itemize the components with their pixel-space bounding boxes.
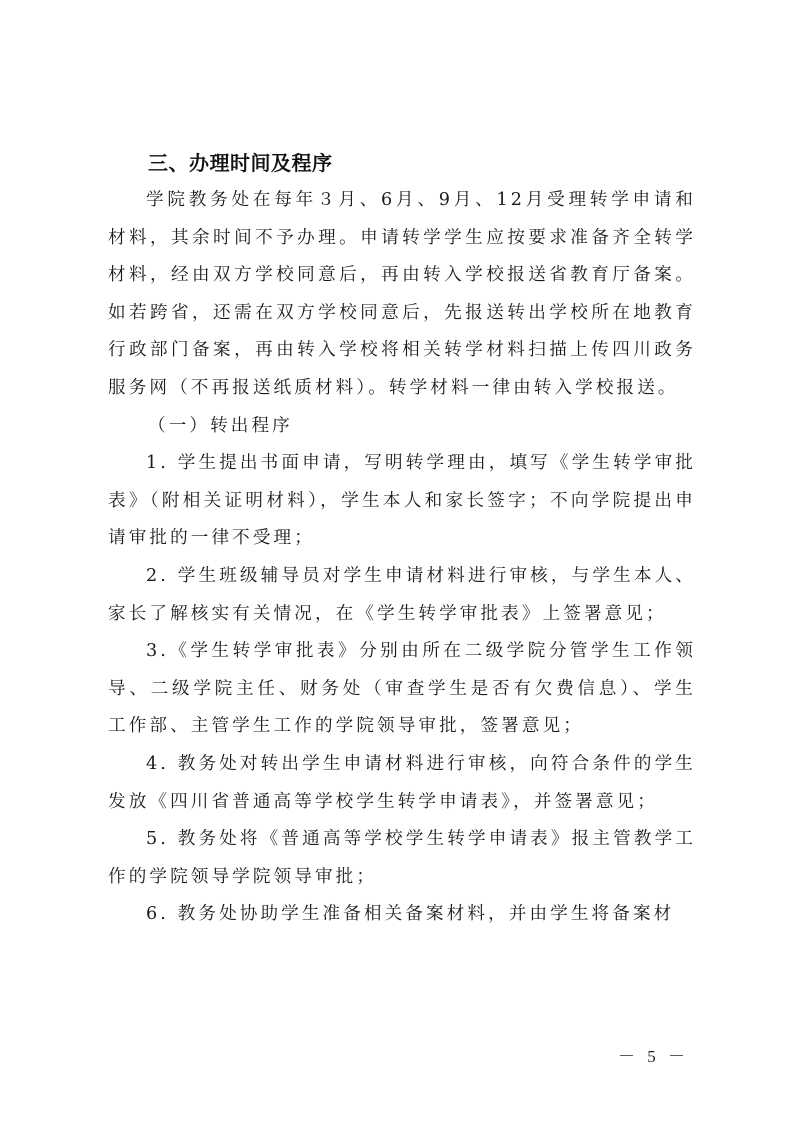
step-3: 3.《学生转学审批表》分别由所在二级学院分管学生工作领导、二级学院主任、财务处（… — [108, 633, 696, 746]
subsection-heading: （一）转出程序 — [108, 408, 696, 446]
page-content: 三、办理时间及程序 学院教务处在每年３月、6月、9月、12月受理转学申请和材料，… — [108, 145, 696, 934]
page-number: － 5 － — [618, 1042, 689, 1067]
step-2: 2. 学生班级辅导员对学生申请材料进行审核，与学生本人、家长了解核实有关情况，在… — [108, 558, 696, 633]
step-6: 6. 教务处协助学生准备相关备案材料，并由学生将备案材 — [108, 896, 696, 934]
step-4: 4. 教务处对转出学生申请材料进行审核，向符合条件的学生发放《四川省普通高等学校… — [108, 746, 696, 821]
step-1: 1. 学生提出书面申请，写明转学理由，填写《学生转学审批表》（附相关证明材料），… — [108, 445, 696, 558]
document-page: 三、办理时间及程序 学院教务处在每年３月、6月、9月、12月受理转学申请和材料，… — [0, 0, 793, 1122]
step-5: 5. 教务处将《普通高等学校学生转学申请表》报主管教学工作的学院领导学院领导审批… — [108, 821, 696, 896]
section-heading: 三、办理时间及程序 — [108, 145, 696, 182]
intro-paragraph: 学院教务处在每年３月、6月、9月、12月受理转学申请和材料，其余时间不予办理。申… — [108, 182, 696, 408]
